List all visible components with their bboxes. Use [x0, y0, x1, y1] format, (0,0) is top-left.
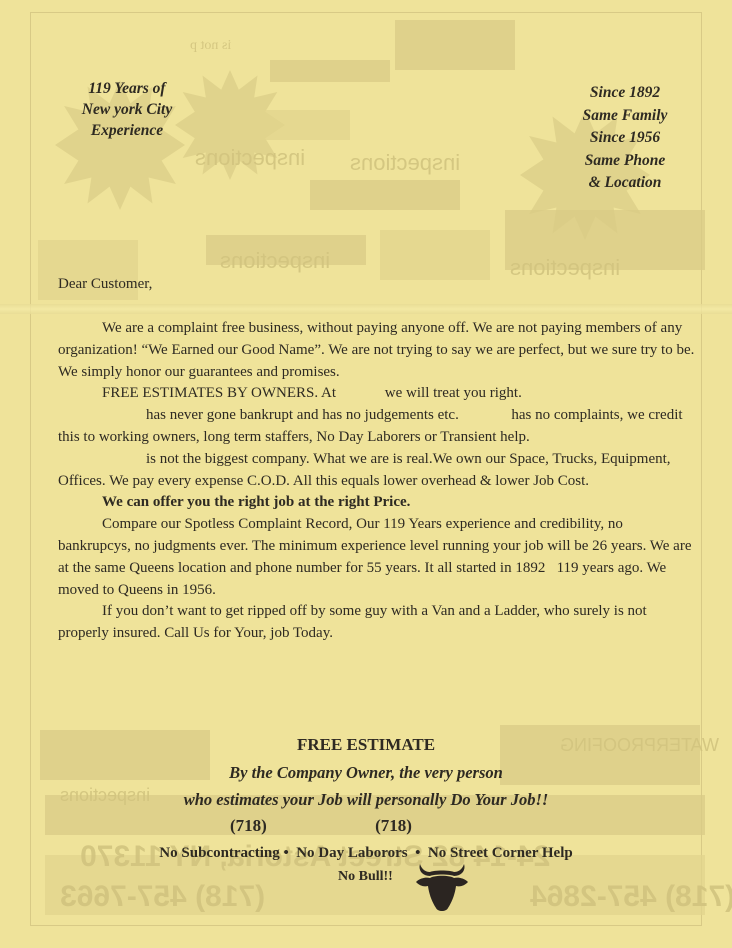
- bull-head-icon: [414, 862, 470, 914]
- header-left-line: New york City: [62, 99, 192, 120]
- header-right-line: & Location: [560, 172, 690, 195]
- header-right-line: Since 1892: [560, 82, 690, 105]
- phone-area-code-2: (718): [375, 816, 412, 836]
- phone-numbers: (718) (718): [230, 816, 412, 836]
- letter-body: We are a complaint free business, withou…: [58, 318, 698, 645]
- no-subcontracting-line: No Subcontracting • No Day Laborors • No…: [0, 845, 732, 862]
- header-experience-block: 119 Years of New york City Experience: [62, 78, 192, 141]
- paragraph-right-price: We can offer you the right job at the ri…: [58, 492, 698, 514]
- header-since-block: Since 1892 Same Family Since 1956 Same P…: [560, 82, 690, 195]
- owner-line-1: By the Company Owner, the very person: [0, 763, 732, 783]
- paragraph-not-biggest: is not the biggest company. What we are …: [58, 449, 698, 493]
- header-left-line: Experience: [62, 120, 192, 141]
- header-right-line: Same Phone: [560, 150, 690, 173]
- paragraph-complaint-free: We are a complaint free business, withou…: [58, 318, 698, 383]
- paragraph-free-estimates: FREE ESTIMATES BY OWNERS. At we will tre…: [58, 383, 698, 405]
- salutation: Dear Customer,: [58, 276, 152, 293]
- no-bull-text: No Bull!!: [338, 869, 393, 885]
- header-right-line: Same Family: [560, 105, 690, 128]
- header-right-line: Since 1956: [560, 127, 690, 150]
- header-left-line: 119 Years of: [62, 78, 192, 99]
- owner-line-2: who estimates your Job will personally D…: [0, 790, 732, 810]
- paragraph-no-bankruptcy: has never gone bankrupt and has no judge…: [58, 405, 698, 449]
- paragraph-compare-record: Compare our Spotless Complaint Record, O…: [58, 514, 698, 601]
- free-estimate-heading: FREE ESTIMATE: [0, 735, 732, 755]
- phone-area-code-1: (718): [230, 816, 267, 836]
- paragraph-call-us: If you don’t want to get ripped off by s…: [58, 601, 698, 645]
